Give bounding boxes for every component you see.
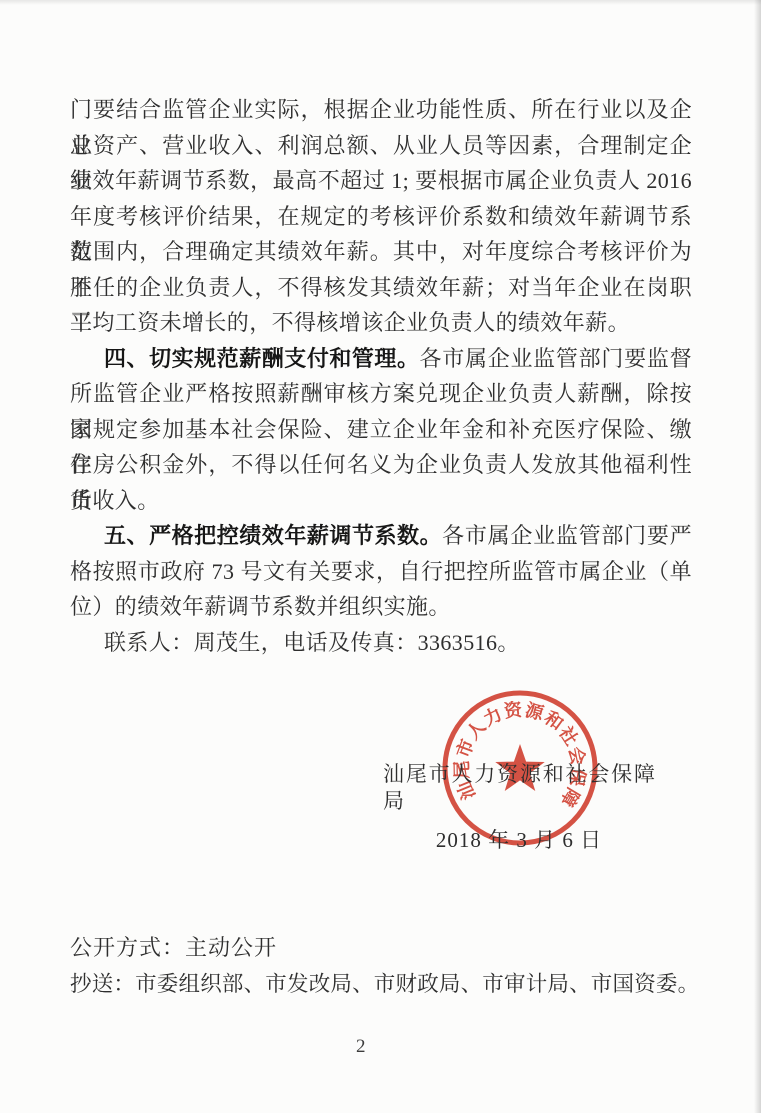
cc-distribution-line: 抄送：市委组织部、市发改局、市财政局、市审计局、市国资委。: [70, 967, 699, 998]
body-line: 年度考核评价结果，在规定的考核评价系数和绩效年薪调节系数: [70, 199, 692, 235]
body-line: 联系人：周茂生，电话及传真：3363516。: [70, 625, 692, 661]
body-text-segment: 联系人：周茂生，电话及传真：3363516。: [104, 630, 520, 655]
signature-block: 汕尾市人力资源和社会保障局 2018 年 3 月 6 日: [383, 761, 655, 854]
body-line: 门要结合监管企业实际，根据企业功能性质、所在行业以及企业: [70, 92, 692, 128]
body-line: 住房公积金外，不得以任何名义为企业负责人发放其他福利性货: [70, 447, 692, 483]
body-text-segment: 各市属企业监管部门要严: [442, 523, 692, 548]
body-line: 家规定参加基本社会保险、建立企业年金和补充医疗保险、缴存: [70, 412, 692, 448]
body-line: 总资产、营业收入、利润总额、从业人员等因素，合理制定企业: [70, 128, 692, 164]
body-line: 绩效年薪调节系数，最高不超过 1; 要根据市属企业负责人 2016: [70, 163, 692, 199]
body-heading-text: 五、严格把控绩效年薪调节系数。: [104, 523, 442, 548]
body-line: 位）的绩效年薪调节系数并组织实施。: [70, 589, 692, 625]
body-line: 五、严格把控绩效年薪调节系数。各市属企业监管部门要严: [70, 518, 692, 554]
signing-date: 2018 年 3 月 6 日: [383, 827, 655, 854]
body-line: 范围内，合理确定其绩效年薪。其中，对年度综合考核评价为不: [70, 234, 692, 270]
body-line: 币收入。: [70, 483, 692, 519]
body-text-segment: 币收入。: [70, 488, 160, 513]
publicity-method-line: 公开方式：主动公开: [70, 931, 277, 962]
scan-edge-shadow-top: [0, 0, 761, 5]
body-text-segment: 格按照市政府 73 号文有关要求，自行把控所监管市属企业（单: [70, 559, 692, 584]
body-heading-text: 四、切实规范薪酬支付和管理。: [104, 346, 420, 371]
document-body: 门要结合监管企业实际，根据企业功能性质、所在行业以及企业总资产、营业收入、利润总…: [70, 92, 692, 660]
signing-organization: 汕尾市人力资源和社会保障局: [383, 761, 655, 815]
document-page: 门要结合监管企业实际，根据企业功能性质、所在行业以及企业总资产、营业收入、利润总…: [0, 0, 761, 1113]
body-line: 所监管企业严格按照薪酬审核方案兑现企业负责人薪酬，除按国: [70, 376, 692, 412]
body-text-segment: 位）的绩效年薪调节系数并组织实施。: [70, 594, 451, 619]
page-number: 2: [356, 1036, 366, 1058]
body-line: 格按照市政府 73 号文有关要求，自行把控所监管市属企业（单: [70, 554, 692, 590]
scan-edge-shadow-right: [754, 0, 761, 1113]
body-line: 四、切实规范薪酬支付和管理。各市属企业监管部门要监督: [70, 341, 692, 377]
body-line: 胜任的企业负责人，不得核发其绩效年薪；对当年企业在岗职工: [70, 270, 692, 306]
body-line: 平均工资未增长的，不得核增该企业负责人的绩效年薪。: [70, 305, 692, 341]
body-text-segment: 各市属企业监管部门要监督: [420, 346, 693, 371]
body-text-segment: 平均工资未增长的，不得核增该企业负责人的绩效年薪。: [70, 310, 630, 335]
body-text-segment: 绩效年薪调节系数，最高不超过 1; 要根据市属企业负责人 2016: [70, 168, 692, 193]
